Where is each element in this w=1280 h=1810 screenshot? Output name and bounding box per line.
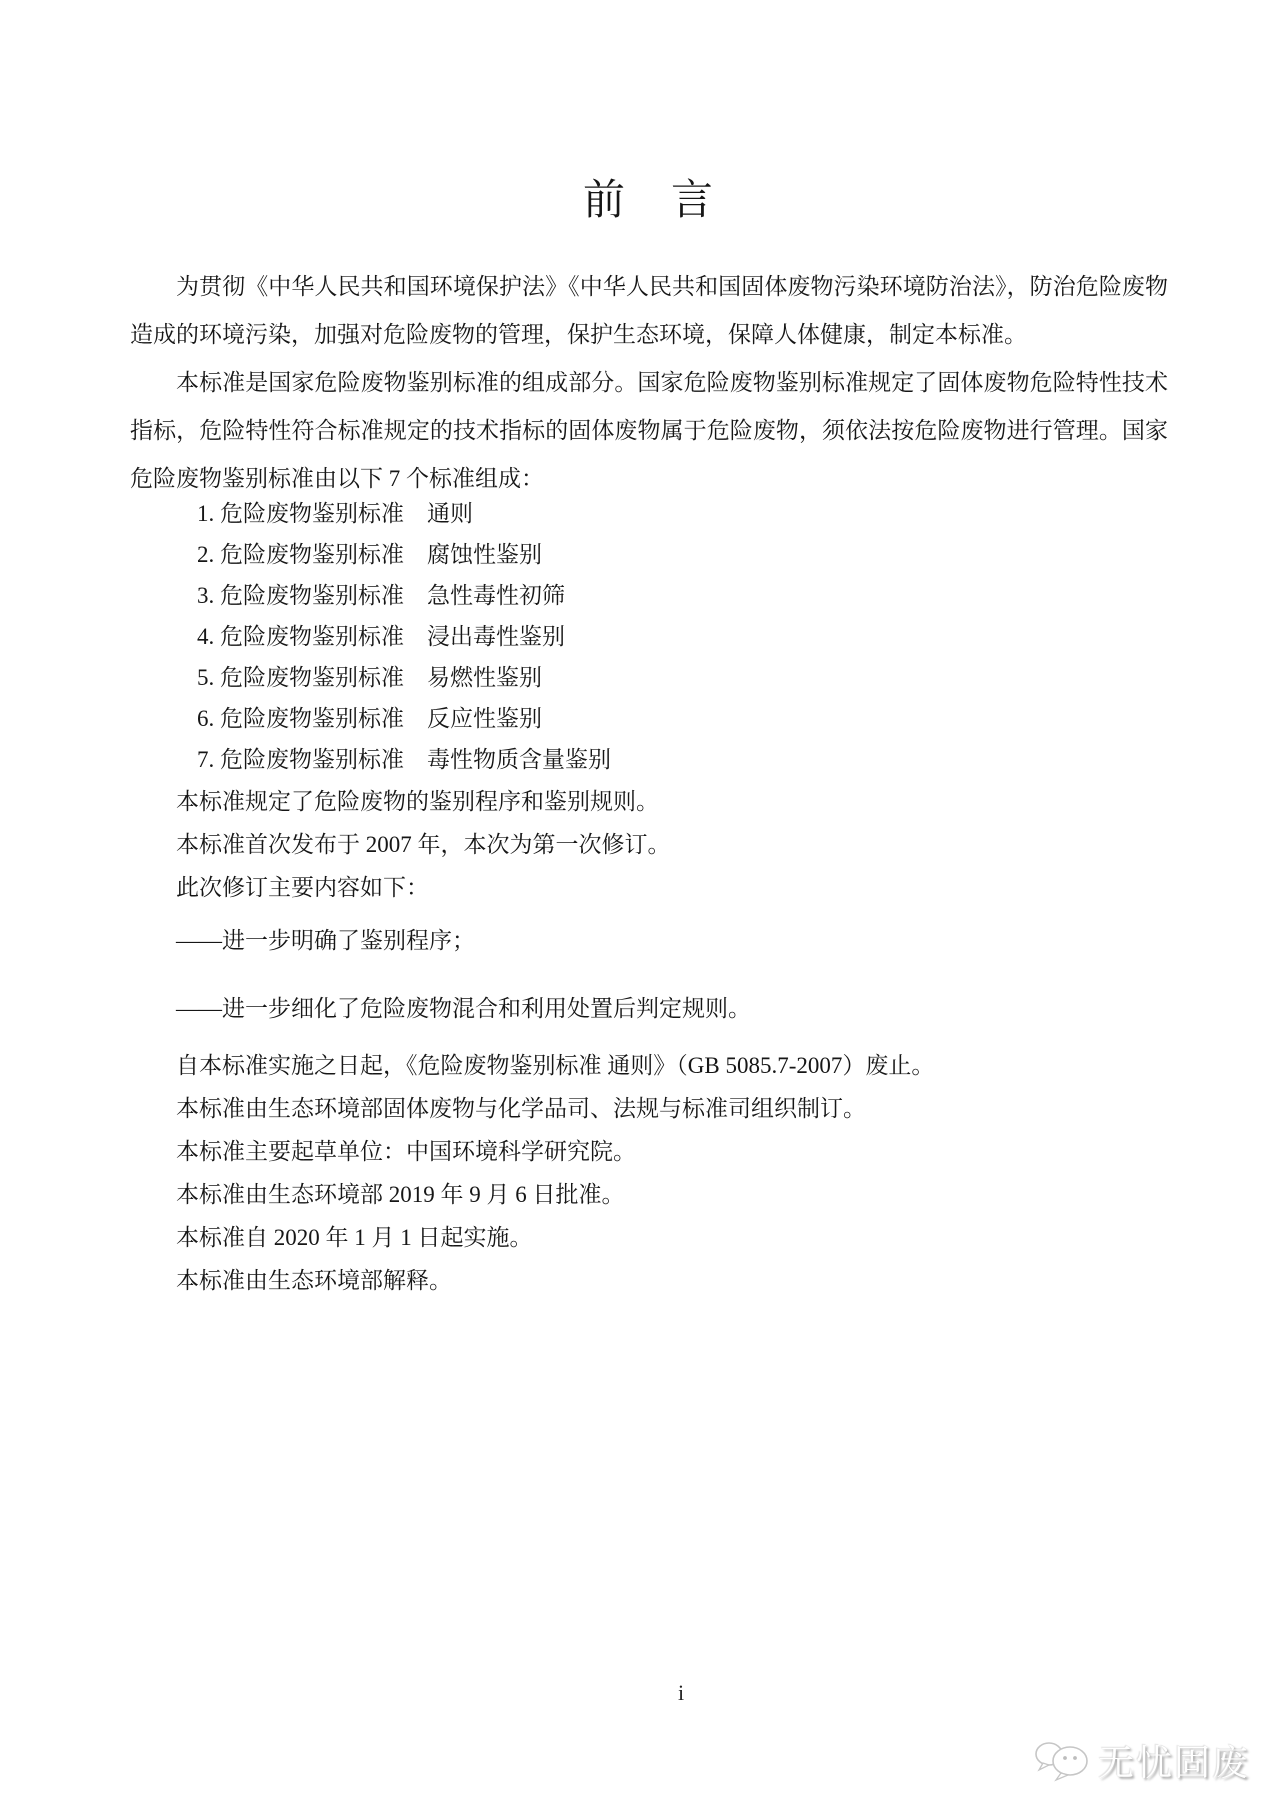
statement-drafter: 本标准主要起草单位：中国环境科学研究院。: [130, 1130, 1168, 1173]
list-item: 4. 危险废物鉴别标准 浸出毒性鉴别: [197, 616, 1168, 657]
chat-bubbles-icon: [1034, 1740, 1092, 1782]
standards-list: 1. 危险废物鉴别标准 通则 2. 危险废物鉴别标准 腐蚀性鉴别 3. 危险废物…: [130, 493, 1168, 780]
statement-organizer: 本标准由生态环境部固体废物与化学品司、法规与标准司组织制订。: [130, 1087, 1168, 1130]
statement-approval: 本标准由生态环境部 2019 年 9 月 6 日批准。: [130, 1173, 1168, 1216]
list-item: 7. 危险废物鉴别标准 毒性物质含量鉴别: [197, 739, 1168, 780]
paragraph-standards-overview: 本标准是国家危险废物鉴别标准的组成部分。国家危险废物鉴别标准规定了固体废物危险特…: [130, 359, 1168, 503]
statement-replacement: 自本标准实施之日起，《危险废物鉴别标准 通则》（GB 5085.7-2007）废…: [130, 1044, 1168, 1087]
watermark-text: 无忧固废: [1098, 1735, 1250, 1786]
paragraph-purpose: 为贯彻《中华人民共和国环境保护法》《中华人民共和国固体废物污染环境防治法》，防治…: [130, 263, 1168, 359]
list-item: 3. 危险废物鉴别标准 急性毒性初筛: [197, 575, 1168, 616]
document-page: 前 言 为贯彻《中华人民共和国环境保护法》《中华人民共和国固体废物污染环境防治法…: [0, 0, 1280, 1810]
list-item: 6. 危险废物鉴别标准 反应性鉴别: [197, 698, 1168, 739]
statement-history: 本标准首次发布于 2007 年，本次为第一次修订。: [130, 823, 1168, 866]
list-item: 2. 危险废物鉴别标准 腐蚀性鉴别: [197, 534, 1168, 575]
statement-interpretation: 本标准由生态环境部解释。: [130, 1259, 1168, 1302]
document-content: 前 言 为贯彻《中华人民共和国环境保护法》《中华人民共和国固体废物污染环境防治法…: [130, 0, 1168, 1302]
list-item: 1. 危险废物鉴别标准 通则: [197, 493, 1168, 534]
page-number: i: [678, 1680, 684, 1706]
statement-effective-date: 本标准自 2020 年 1 月 1 日起实施。: [130, 1216, 1168, 1259]
watermark: 无忧固废: [1034, 1735, 1250, 1786]
revision-item: ——进一步细化了危险废物混合和利用处置后判定规则。: [130, 987, 1168, 1030]
page-title: 前 言: [130, 178, 1168, 222]
list-item: 5. 危险废物鉴别标准 易燃性鉴别: [197, 657, 1168, 698]
statement-scope: 本标准规定了危险废物的鉴别程序和鉴别规则。: [130, 780, 1168, 823]
revision-item: ——进一步明确了鉴别程序；: [130, 919, 1168, 962]
statement-revision-intro: 此次修订主要内容如下：: [130, 866, 1168, 909]
